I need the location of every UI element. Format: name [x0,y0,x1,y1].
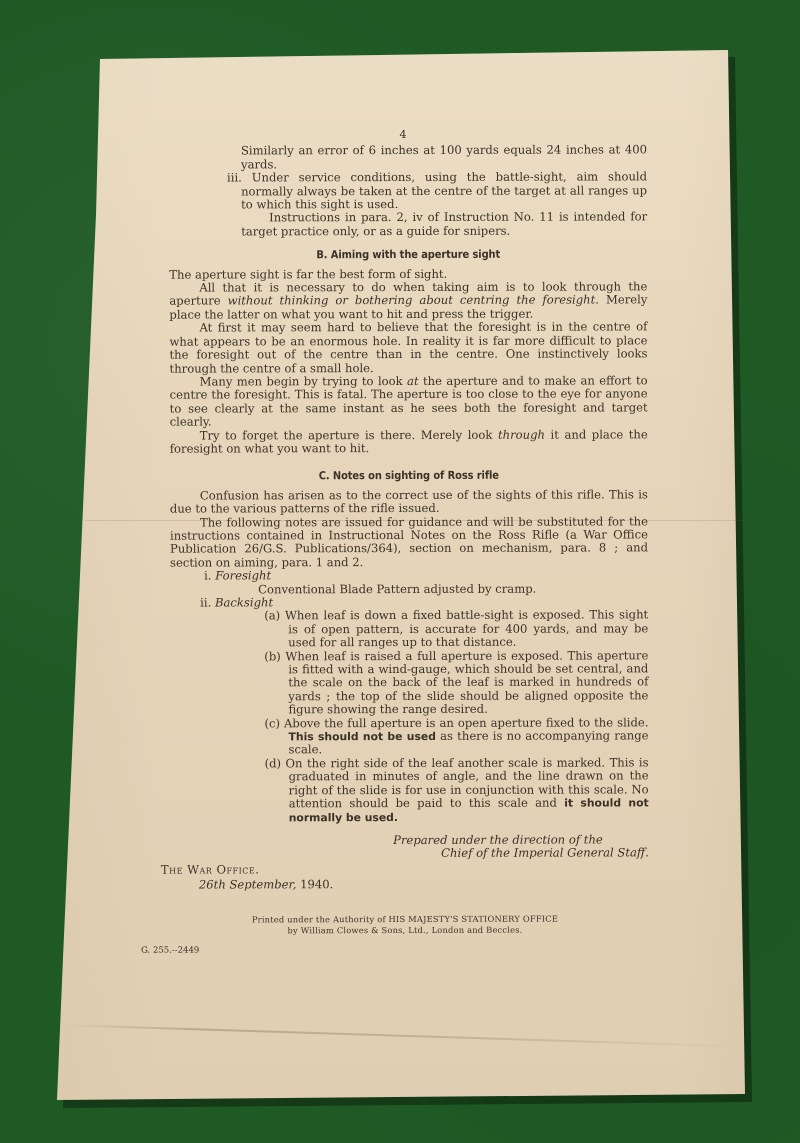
form-code: G. 255.--2449 [141,943,649,958]
text-run: Many men begin by trying to look [200,374,407,389]
foresight-text: Conventional Blade Pattern adjusted by c… [170,582,648,597]
item-label: (d) [265,756,282,770]
instructions-note: Instructions in para. 2, iv of Instructi… [169,211,647,239]
backsight-item-c: (c) Above the full aperture is an open a… [170,716,648,757]
section-c-p2: The following notes are issued for guida… [170,515,648,570]
page-number: 4 [159,127,647,142]
backsight-title: Backsight [215,595,273,609]
foresight-number: i. [204,569,211,583]
section-b-p4: Many men begin by trying to look at the … [170,374,648,429]
italic-emphasis: at [407,374,419,388]
italic-emphasis: through [498,427,545,441]
item-text: When leaf is raised a full aperture is e… [285,648,648,717]
section-c-p1: Confusion has arisen as to the correct u… [170,488,648,516]
item-label: (b) [264,649,281,663]
printer-line-2: by William Clowes & Sons, Ltd., London a… [161,924,649,936]
section-b-p5: Try to forget the aperture is there. Mer… [170,428,648,456]
item-text: When leaf is down a fixed battle-sight i… [285,608,648,650]
item-iii-text: Under service conditions, using the batt… [241,170,647,212]
signature-line-2: Chief of the Imperial General Staff. [171,847,649,862]
foresight-title: Foresight [215,569,271,583]
date-day: 26th September, [199,877,297,891]
section-b-p2: All that it is necessary to do when taki… [169,280,647,321]
item-label: (a) [264,609,280,623]
bold-warning: This should not be used [288,730,435,743]
issue-date: 26th September, 1940. [199,877,649,892]
item-label: (c) [264,716,280,730]
item-iii: iii. Under service conditions, using the… [169,171,647,212]
text-run: Try to forget the aperture is there. Mer… [200,427,498,442]
backsight-item-a: (a) When leaf is down a fixed battle-sig… [170,609,648,650]
document-content: 4 Similarly an error of 6 inches at 100 … [169,127,649,957]
backsight-item-d: (d) On the right side of the leaf anothe… [171,756,649,824]
backsight-number: ii. [200,596,211,610]
section-b-heading: B. Aiming with the aperture sight [169,248,647,263]
date-year: 1940. [300,877,333,891]
section-c-heading: C. Notes on sighting of Ross rifle [170,469,648,484]
printer-imprint: Printed under the Authority of HIS MAJES… [161,913,649,936]
italic-emphasis: without thinking or bothering about cent… [228,293,599,308]
signature-block: Prepared under the direction of the Chie… [171,833,649,861]
continued-text: Similarly an error of 6 inches at 100 ya… [169,144,647,172]
issuer: The War Office. [161,862,649,877]
section-b-p3: At first it may seem hard to believe tha… [169,321,647,376]
item-iii-label: iii. [227,171,242,185]
backsight-item-b: (b) When leaf is raised a full aperture … [170,649,648,717]
